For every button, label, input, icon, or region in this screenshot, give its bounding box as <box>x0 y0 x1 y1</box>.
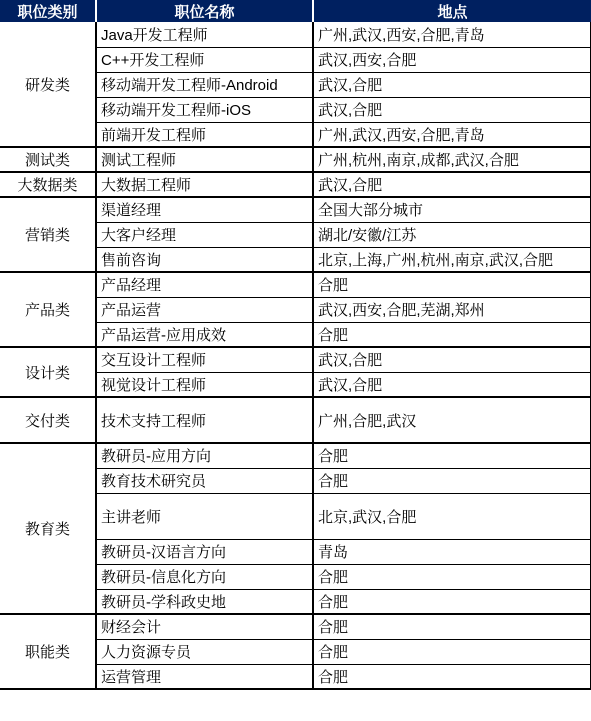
category-cell: 教育类 <box>0 443 96 614</box>
position-cell: 主讲老师 <box>96 493 313 539</box>
position-cell: 技术支持工程师 <box>96 397 313 443</box>
location-cell: 合肥 <box>313 639 591 664</box>
location-cell: 武汉,合肥 <box>313 172 591 197</box>
position-cell: 测试工程师 <box>96 147 313 172</box>
table-row: 研发类Java开发工程师广州,武汉,西安,合肥,青岛 <box>0 22 591 47</box>
table-row: 设计类交互设计工程师武汉,合肥 <box>0 347 591 372</box>
location-cell: 合肥 <box>313 564 591 589</box>
location-cell: 广州,武汉,西安,合肥,青岛 <box>313 122 591 147</box>
table-row: 测试类测试工程师广州,杭州,南京,成都,武汉,合肥 <box>0 147 591 172</box>
position-cell: 大客户经理 <box>96 222 313 247</box>
position-cell: 教研员-汉语言方向 <box>96 539 313 564</box>
location-cell: 合肥 <box>313 664 591 689</box>
position-cell: 产品经理 <box>96 272 313 297</box>
location-cell: 广州,武汉,西安,合肥,青岛 <box>313 22 591 47</box>
position-cell: 产品运营-应用成效 <box>96 322 313 347</box>
location-cell: 北京,上海,广州,杭州,南京,武汉,合肥 <box>313 247 591 272</box>
position-cell: 视觉设计工程师 <box>96 372 313 397</box>
table-row: 教育类教研员-应用方向合肥 <box>0 443 591 468</box>
location-cell: 合肥 <box>313 589 591 614</box>
job-positions-table: 职位类别 职位名称 地点 研发类Java开发工程师广州,武汉,西安,合肥,青岛C… <box>0 0 591 690</box>
location-cell: 武汉,合肥 <box>313 372 591 397</box>
position-cell: 教育技术研究员 <box>96 468 313 493</box>
location-cell: 北京,武汉,合肥 <box>313 493 591 539</box>
position-cell: 产品运营 <box>96 297 313 322</box>
position-cell: 渠道经理 <box>96 197 313 222</box>
table-row: 产品类产品经理合肥 <box>0 272 591 297</box>
location-cell: 合肥 <box>313 322 591 347</box>
position-cell: 移动端开发工程师-Android <box>96 72 313 97</box>
position-cell: 交互设计工程师 <box>96 347 313 372</box>
location-cell: 广州,合肥,武汉 <box>313 397 591 443</box>
table-row: 大数据类大数据工程师武汉,合肥 <box>0 172 591 197</box>
position-cell: 移动端开发工程师-iOS <box>96 97 313 122</box>
category-cell: 营销类 <box>0 197 96 272</box>
position-cell: 运营管理 <box>96 664 313 689</box>
column-header-position: 职位名称 <box>96 0 313 22</box>
location-cell: 湖北/安徽/江苏 <box>313 222 591 247</box>
category-cell: 研发类 <box>0 22 96 147</box>
location-cell: 合肥 <box>313 614 591 639</box>
category-cell: 测试类 <box>0 147 96 172</box>
position-cell: 教研员-信息化方向 <box>96 564 313 589</box>
location-cell: 武汉,西安,合肥 <box>313 47 591 72</box>
position-cell: 教研员-学科政史地 <box>96 589 313 614</box>
table-body: 研发类Java开发工程师广州,武汉,西安,合肥,青岛C++开发工程师武汉,西安,… <box>0 22 591 689</box>
location-cell: 武汉,合肥 <box>313 97 591 122</box>
location-cell: 广州,杭州,南京,成都,武汉,合肥 <box>313 147 591 172</box>
position-cell: 教研员-应用方向 <box>96 443 313 468</box>
location-cell: 青岛 <box>313 539 591 564</box>
location-cell: 武汉,西安,合肥,芜湖,郑州 <box>313 297 591 322</box>
column-header-category: 职位类别 <box>0 0 96 22</box>
table-row: 交付类技术支持工程师广州,合肥,武汉 <box>0 397 591 443</box>
category-cell: 职能类 <box>0 614 96 689</box>
position-cell: 人力资源专员 <box>96 639 313 664</box>
location-cell: 武汉,合肥 <box>313 72 591 97</box>
position-cell: 售前咨询 <box>96 247 313 272</box>
location-cell: 全国大部分城市 <box>313 197 591 222</box>
table-row: 营销类渠道经理全国大部分城市 <box>0 197 591 222</box>
category-cell: 设计类 <box>0 347 96 397</box>
location-cell: 合肥 <box>313 468 591 493</box>
position-cell: 财经会计 <box>96 614 313 639</box>
table-row: 职能类财经会计合肥 <box>0 614 591 639</box>
location-cell: 武汉,合肥 <box>313 347 591 372</box>
position-cell: 大数据工程师 <box>96 172 313 197</box>
category-cell: 大数据类 <box>0 172 96 197</box>
header-row: 职位类别 职位名称 地点 <box>0 0 591 22</box>
column-header-location: 地点 <box>313 0 591 22</box>
position-cell: C++开发工程师 <box>96 47 313 72</box>
position-cell: 前端开发工程师 <box>96 122 313 147</box>
location-cell: 合肥 <box>313 272 591 297</box>
category-cell: 交付类 <box>0 397 96 443</box>
position-cell: Java开发工程师 <box>96 22 313 47</box>
location-cell: 合肥 <box>313 443 591 468</box>
category-cell: 产品类 <box>0 272 96 347</box>
